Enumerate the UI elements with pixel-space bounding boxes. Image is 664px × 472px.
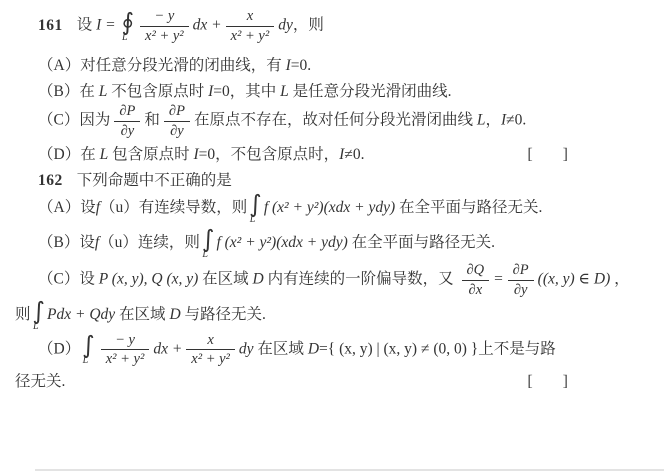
option-label: （A） (38, 199, 80, 216)
math-functions-PQ: P (x, y), Q (x, y) (99, 271, 199, 288)
fraction-1: − yx² + y² (140, 8, 189, 44)
option-text: =0，不包含原点时， (199, 146, 340, 163)
fraction-2: xx² + y² (226, 8, 275, 44)
option-label: （A） (38, 57, 80, 74)
answer-bracket-left: [ (527, 372, 532, 392)
q162-option-c: （C）设 P (x, y), Q (x, y) 在区域 D 内有连续的一阶偏导数… (38, 262, 664, 298)
option-text: 对任意分段光滑的闭曲线，有 (80, 57, 285, 74)
option-text: 在区域 (254, 340, 308, 357)
q161-option-a: （A）对任意分段光滑的闭曲线，有 I=0. (38, 56, 664, 75)
bottom-divider (35, 469, 664, 471)
q161-option-d: （D）在 L 包含原点时 I=0，不包含原点时，I≠0. [] (38, 145, 664, 164)
option-text: 在区域 (115, 306, 169, 323)
domain-condition: ((x, y) ∈ D) (538, 271, 611, 288)
math-var-D: D (169, 306, 180, 323)
q161-option-c: （C）因为∂P∂y和∂P∂y在原点不存在，故对任何分段光滑闭曲线 L，I≠0. (38, 103, 664, 139)
dx-term: dx + (193, 17, 222, 34)
option-text: 在 (80, 146, 99, 163)
option-label: （D） (38, 146, 80, 163)
answer-bracket-left: [ (527, 145, 532, 165)
dx-term: dx + (153, 340, 182, 357)
partial-1-denominator: ∂y (114, 122, 140, 140)
q161-option-b: （B）在 L 不包含原点时 I=0，其中 L 是任意分段光滑闭曲线. (38, 82, 664, 101)
line-integral-symbol: ∫L (33, 299, 46, 332)
partial-1-numerator: ∂P (114, 103, 140, 122)
answer-brackets-162: [] (527, 372, 568, 392)
dy-term: dy (239, 340, 254, 357)
option-text: 内有连续的一阶偏导数，又 (264, 271, 458, 288)
fraction-2: xx² + y² (186, 332, 235, 368)
option-text: ≠0. (344, 146, 364, 163)
stem-lead-text: 设 (77, 17, 96, 34)
int-glyph: ∫ (249, 192, 262, 216)
option-text: ， (485, 112, 501, 129)
fraction-1-numerator: − y (101, 332, 150, 351)
partial-derivative-1: ∂P∂y (114, 103, 140, 139)
int-glyph: ∫ (33, 299, 46, 323)
math-var-D: D (308, 340, 319, 357)
option-text: 设 (79, 271, 98, 288)
fraction-2-numerator: x (186, 332, 235, 351)
integrand-expression: f (x² + y²)(xdx + ydy) (216, 234, 347, 251)
exam-page: 161设 I = ∮L− yx² + y²dx +xx² + y²dy，则 （A… (0, 0, 664, 472)
math-var-L: L (280, 83, 289, 100)
equals-sign: = (493, 271, 503, 288)
question-162-stem: 162下列命题中不正确的是 (38, 171, 664, 190)
option-text: 是任意分段光滑闭曲线. (289, 83, 452, 100)
dy-term: dy (278, 17, 293, 34)
partial-Q-numerator: ∂Q (462, 262, 490, 281)
math-var-D: D (253, 271, 264, 288)
partial-derivative-P: ∂P∂y (508, 262, 534, 298)
option-text: 因为 (79, 112, 110, 129)
option-label: （C） (38, 112, 79, 129)
option-text: 在全平面与路径无关. (348, 234, 495, 251)
question-161-number: 161 (38, 17, 63, 34)
option-text: 设 (79, 234, 95, 251)
partial-derivative-Q: ∂Q∂x (462, 262, 490, 298)
answer-bracket-right: ] (563, 372, 568, 392)
option-text: 不包含原点时 (107, 83, 208, 100)
oint-glyph: ∮ (122, 10, 135, 34)
option-text: =0. (291, 57, 311, 74)
option-text: 径无关. (15, 373, 65, 390)
option-label: （C） (38, 271, 79, 288)
question-161-stem: 161设 I = ∮L− yx² + y²dx +xx² + y²dy，则 (38, 8, 664, 44)
option-text: （u）有连续导数，则 (100, 199, 247, 216)
option-text: 在区域 (198, 271, 252, 288)
partial-2-numerator: ∂P (164, 103, 190, 122)
option-text: ≠0. (506, 112, 526, 129)
option-text: ， (610, 271, 629, 288)
line-integral-symbol: ∫L (82, 333, 95, 366)
fraction-2-denominator: x² + y² (186, 350, 235, 368)
option-text: 在原点不存在，故对任何分段光滑闭曲线 (194, 112, 477, 129)
math-var-L: L (100, 146, 109, 163)
option-label: （B） (38, 234, 79, 251)
partial-Q-denominator: ∂x (462, 281, 490, 299)
option-text: 和 (144, 112, 160, 129)
option-text: （u）连续，则 (99, 234, 200, 251)
partial-P-numerator: ∂P (508, 262, 534, 281)
contour-integral-symbol: ∮L (122, 10, 135, 43)
q162-option-d-continued: 径无关. [] (15, 372, 664, 391)
fraction-1: − yx² + y² (101, 332, 150, 368)
option-text: 则 (15, 306, 31, 323)
partial-P-denominator: ∂y (508, 281, 534, 299)
option-text: 在全平面与路径无关. (395, 199, 542, 216)
option-text: =0，其中 (213, 83, 280, 100)
partial-2-denominator: ∂y (164, 122, 190, 140)
q162-option-b: （B）设f（u）连续，则∫Lf (x² + y²)(xdx + ydy) 在全平… (38, 227, 664, 260)
stem-tail-text: ，则 (293, 17, 324, 34)
q162-option-d: （D）∫L− yx² + y²dx +xx² + y²dy 在区域 D={ (x… (38, 332, 664, 368)
option-text: 设 (80, 199, 96, 216)
integrand-expression: Pdx + Qdy (47, 306, 115, 323)
line-integral-symbol: ∫L (202, 227, 215, 260)
partial-derivative-2: ∂P∂y (164, 103, 190, 139)
stem-text: 下列命题中不正确的是 (77, 172, 232, 189)
question-162-number: 162 (38, 172, 63, 189)
int-glyph: ∫ (202, 227, 215, 251)
fraction-2-denominator: x² + y² (226, 27, 275, 45)
q162-option-a: （A）设f（u）有连续导数，则∫Lf (x² + y²)(xdx + ydy) … (38, 192, 664, 225)
answer-bracket-right: ] (563, 145, 568, 165)
answer-brackets-161: [] (527, 145, 568, 165)
option-text: 与路径无关. (181, 306, 266, 323)
q162-option-c-continued: 则∫LPdx + Qdy 在区域 D 与路径无关. (15, 299, 664, 332)
int-glyph: ∫ (82, 333, 95, 357)
option-text: 在 (79, 83, 98, 100)
fraction-1-numerator: − y (140, 8, 189, 27)
equation-lhs: I = (96, 17, 119, 34)
integrand-expression: f (x² + y²)(xdx + ydy) (264, 199, 395, 216)
line-integral-symbol: ∫L (249, 192, 262, 225)
option-label: （D） (38, 340, 80, 357)
option-text: 包含原点时 (108, 146, 193, 163)
option-label: （B） (38, 83, 79, 100)
option-text: ={ (x, y) | (x, y) ≠ (0, 0) }上不是与路 (319, 340, 556, 357)
fraction-2-numerator: x (226, 8, 275, 27)
fraction-1-denominator: x² + y² (101, 350, 150, 368)
fraction-1-denominator: x² + y² (140, 27, 189, 45)
